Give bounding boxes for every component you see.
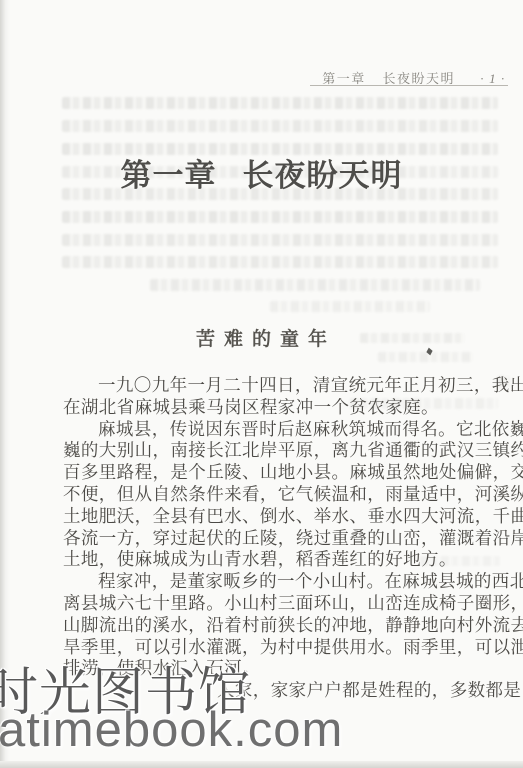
print-bleed-through bbox=[150, 279, 480, 291]
running-header-rule bbox=[310, 85, 508, 86]
body-line: 土地肥沃，全县有巴水、倒水、举水、垂水四大河流，千曲百折， bbox=[63, 506, 499, 528]
body-line: 麻城县，传说因东晋时后赵麻秋筑城而得名。它北依巍 bbox=[63, 419, 499, 441]
running-header-page: ·1· bbox=[480, 71, 507, 86]
page-number: 1 bbox=[486, 71, 501, 86]
body-line: 巍的大别山，南接长江北岸平原，离九省通衢的武汉三镇约二 bbox=[63, 440, 499, 462]
print-bleed-through bbox=[62, 120, 498, 132]
body-line: 山脚流出的溪水，沿着村前狭长的冲地，静静地向村外流去。 bbox=[63, 615, 499, 637]
page-dot-right: · bbox=[501, 71, 507, 86]
running-header-title: 长夜盼天明 bbox=[383, 71, 456, 86]
page-bottom-edge-shadow bbox=[0, 761, 523, 768]
scanned-book-page: 第一章 长夜盼天明 ·1· 第一章长夜盼天明 苦难的童年 一九〇九年一月二十四日… bbox=[0, 0, 523, 768]
print-bleed-through bbox=[62, 211, 498, 223]
print-bleed-through bbox=[62, 97, 498, 109]
body-line: 程家冲，是董家畈乡的一个小山村。在麻城县城的西北， bbox=[63, 571, 499, 593]
chapter-title-label: 第一章 bbox=[121, 158, 217, 193]
chapter-title: 第一章长夜盼天明 bbox=[0, 150, 523, 195]
body-line: 土地，使麻城成为山青水碧，稻香莲红的好地方。 bbox=[63, 549, 499, 571]
chapter-title-text: 长夜盼天明 bbox=[243, 158, 403, 193]
body-line: 在湖北省麻城县乘马岗区程家冲一个贫农家庭。 bbox=[63, 397, 499, 419]
body-line: 一九〇九年一月二十四日，清宣统元年正月初三，我出生 bbox=[63, 375, 499, 397]
print-bleed-through bbox=[62, 234, 498, 246]
section-heading: 苦难的童年 bbox=[0, 324, 523, 351]
running-header-chapter: 第一章 bbox=[322, 71, 366, 86]
body-line: 各流一方，穿过起伏的丘陵，绕过重叠的山峦，灌溉着沿岸的 bbox=[63, 528, 499, 550]
print-bleed-through bbox=[378, 352, 473, 362]
body-line: 不便，但从自然条件来看，它气候温和，雨量适中，河溪纵横， bbox=[63, 484, 499, 506]
watermark-site-url: atimebook.com bbox=[0, 702, 343, 758]
body-line: 离县城六七十里路。小山村三面环山，山峦连成椅子圈形，从 bbox=[63, 593, 499, 615]
body-line: 百多里路程，是个丘陵、山地小县。麻城虽然地处偏僻，交通 bbox=[63, 462, 499, 484]
print-bleed-through bbox=[270, 301, 430, 312]
print-bleed-through bbox=[62, 256, 498, 268]
